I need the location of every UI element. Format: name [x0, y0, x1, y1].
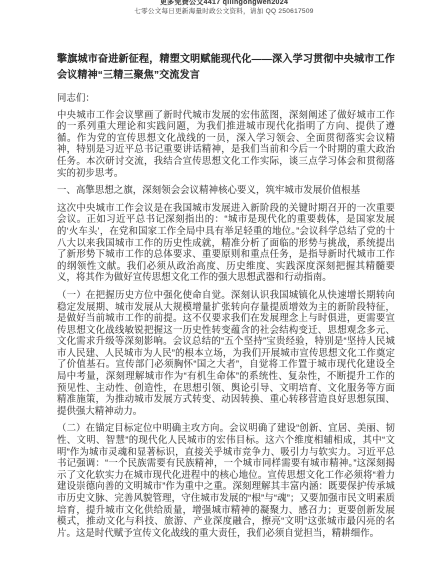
document-title: 擎旗城市奋进新征程，精塑文明赋能现代化——深入学习贯彻中央城市工作会议精神“三精… [57, 52, 395, 83]
page-header: 更多免费公文4417 qilingongwen2024 七零公文每日更新海量时政… [0, 0, 448, 16]
header-contact-line: 七零公文每日更新海量时政公文资料，请加 QQ 250617509 [0, 7, 448, 16]
paragraph-point-2: （二）在锚定目标定位中明确主攻方向。会议明确了建设“创新、宜居、美丽、韧性、文明… [57, 422, 395, 538]
paragraph-section1-lead: 这次中央城市工作会议是在我国城市发展进入新阶段的关键时期召开的一次重要会议。正如… [57, 202, 395, 283]
document-content: 擎旗城市奋进新征程，精塑文明赋能现代化——深入学习贯彻中央城市工作会议精神“三精… [57, 52, 395, 544]
header-promo-line: 更多免费公文4417 qilingongwen2024 [0, 0, 448, 7]
document-page: 更多免费公文4417 qilingongwen2024 七零公文每日更新海量时政… [0, 0, 448, 580]
document-body: 同志们： 中央城市工作会议擘画了新时代城市发展的宏伟蓝图，深刻阐述了做好城市工作… [57, 92, 395, 538]
salutation: 同志们： [57, 92, 395, 104]
paragraph-intro: 中央城市工作会议擘画了新时代城市发展的宏伟蓝图，深刻阐述了做好城市工作的一系列重… [57, 109, 395, 179]
paragraph-point-1: （一）在把握历史方位中强化使命自觉。深刻认识我国城镇化从快速增长期转向稳定发展期… [57, 289, 395, 417]
section-heading-1: 一、高擎思想之旗，深刻领会会议精神核心要义，筑牢城市发展价值根基 [57, 184, 395, 196]
